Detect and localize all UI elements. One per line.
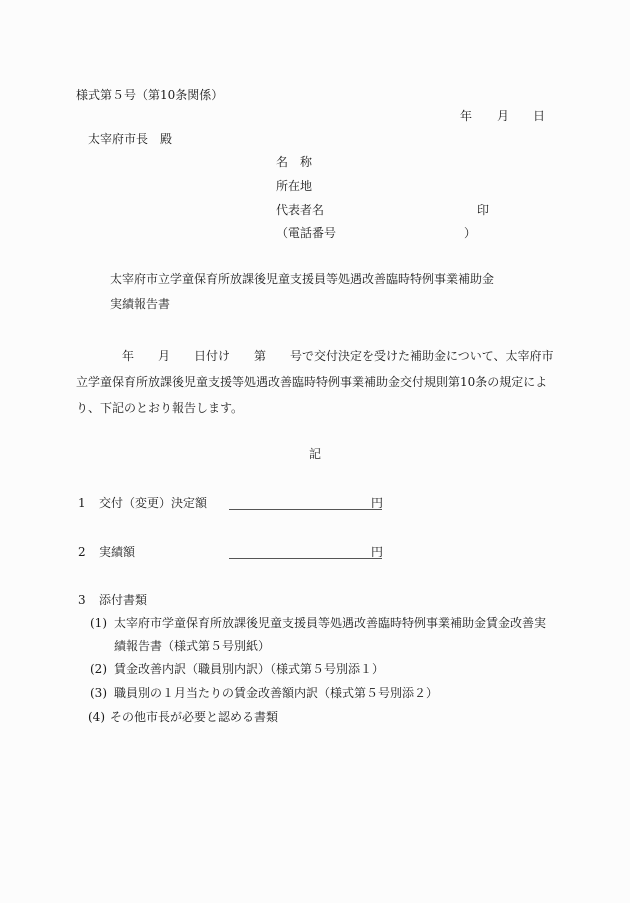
- attachment-2-index: (2): [90, 662, 107, 676]
- item-1-amount-field[interactable]: [229, 508, 382, 510]
- attachment-4-line1: その他市長が必要と認める書類: [110, 710, 278, 724]
- date-day-label: 日: [533, 109, 545, 123]
- item-2-label: 実績額: [99, 545, 135, 559]
- attachment-1-line1: 太宰府市学童保育所放課後児童支援員等処遇改善臨時特例事業補助金賃金改善実: [114, 616, 546, 630]
- item-2-unit: 円: [371, 545, 383, 559]
- item-1-label: 交付（変更）決定額: [99, 496, 207, 510]
- body-line1: 年 月 日付け 第 号で交付決定を受けた補助金について、太宰府市: [122, 349, 554, 363]
- seal-mark: 印: [477, 203, 489, 217]
- item-1-number: 1: [78, 496, 86, 510]
- applicant-address-label: 所在地: [276, 179, 312, 193]
- form-id: 様式第５号（第10条関係）: [76, 88, 223, 102]
- attachment-1-line2: 績報告書（様式第５号別紙）: [114, 639, 270, 653]
- addressee: 太宰府市長 殿: [88, 132, 172, 146]
- attachment-4-index: (4): [88, 710, 105, 724]
- applicant-phone-open: （電話番号: [276, 226, 336, 240]
- applicant-representative-label: 代表者名: [276, 203, 324, 217]
- date-month-label: 月: [497, 109, 509, 123]
- body-line2: 立学童保育所放課後児童支援等処遇改善臨時特例事業補助金交付規則第10条の規定によ: [76, 375, 547, 389]
- item-2-amount-field[interactable]: [229, 557, 382, 559]
- note-heading: 記: [309, 447, 321, 461]
- applicant-phone-close: ）: [464, 226, 476, 240]
- attachment-2-line1: 賃金改善内訳（職員別内訳）（様式第５号別添１）: [114, 662, 384, 676]
- date-year-label: 年: [460, 109, 472, 123]
- body-line3: り、下記のとおり報告します。: [76, 401, 243, 415]
- applicant-name-label: 名 称: [276, 155, 312, 169]
- document-title-line2: 実績報告書: [110, 297, 170, 311]
- attachment-3-index: (3): [90, 686, 107, 700]
- attachments-heading: 添付書類: [99, 593, 147, 607]
- attachment-1-index: (1): [90, 616, 107, 630]
- document-title-line1: 太宰府市立学童保育所放課後児童支援員等処遇改善臨時特例事業補助金: [110, 272, 494, 286]
- item-1-unit: 円: [371, 496, 383, 510]
- attachments-number: 3: [78, 593, 86, 607]
- item-2-number: 2: [78, 545, 86, 559]
- attachment-3-line1: 職員別の１月当たりの賃金改善額内訳（様式第５号別添２）: [114, 686, 438, 700]
